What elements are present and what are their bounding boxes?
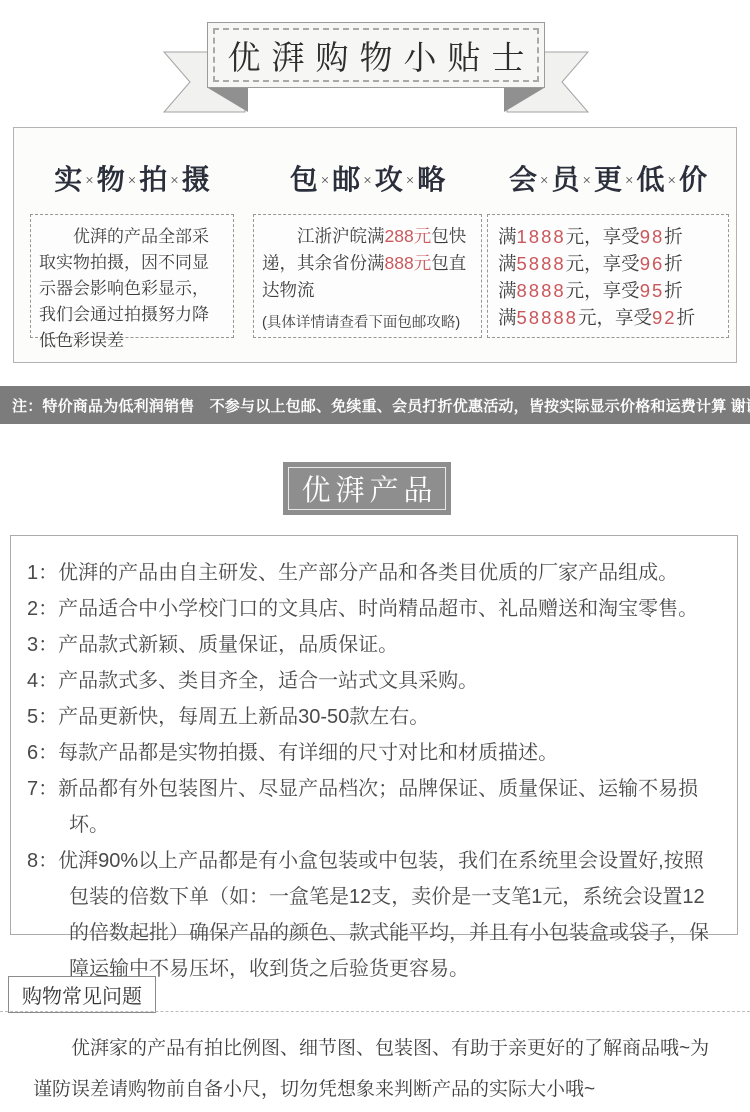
heading-char: 物 bbox=[97, 165, 125, 196]
faq-divider bbox=[0, 1011, 750, 1012]
tier-text: 元，享受 bbox=[566, 280, 640, 301]
shipping-note: (具体详情请查看下面包邮攻略) bbox=[262, 310, 473, 337]
tips-body-member-price: 满1888元，享受98折满5888元，享受96折满8888元，享受95折满588… bbox=[487, 214, 729, 338]
tips-column-real-photos: 实×物×拍×摄 优湃的产品全部采取实物拍摄，因不同显示器会影响色彩显示，我们会通… bbox=[30, 158, 234, 338]
heading-separator: × bbox=[622, 173, 636, 189]
shipping-run: 江浙沪皖满 bbox=[297, 226, 385, 246]
heading-char: 邮 bbox=[332, 165, 360, 196]
heading-separator: × bbox=[125, 173, 139, 189]
products-title: 优湃产品 bbox=[296, 468, 437, 509]
tips-column-member-price: 会×员×更×低×价 满1888元，享受98折满5888元，享受96折满8888元… bbox=[487, 158, 729, 338]
tier-text: 满 bbox=[498, 280, 517, 301]
heading-char: 摄 bbox=[182, 165, 210, 196]
heading-separator: × bbox=[664, 173, 678, 189]
tips-heading-member-price: 会×员×更×低×价 bbox=[487, 158, 729, 198]
tier-discount: 92 bbox=[652, 307, 677, 328]
heading-separator: × bbox=[537, 173, 551, 189]
heading-char: 低 bbox=[636, 165, 664, 196]
shipping-amount: 288元 bbox=[385, 226, 432, 246]
heading-separator: × bbox=[318, 173, 332, 189]
tier-discount: 95 bbox=[640, 280, 665, 301]
tips-heading-real-photos: 实×物×拍×摄 bbox=[30, 158, 234, 198]
product-list-item: 7：新品都有外包装图片、尽显产品档次；品牌保证、质量保证、运输不易损坏。 bbox=[27, 771, 722, 843]
member-tier-row: 满8888元，享受95折 bbox=[498, 277, 718, 304]
heading-char: 拍 bbox=[139, 165, 167, 196]
tips-heading-shipping: 包×邮×攻×略 bbox=[253, 158, 482, 198]
tips-column-shipping: 包×邮×攻×略 江浙沪皖满288元包快递，其余省份满888元包直达物流 (具体详… bbox=[253, 158, 482, 338]
tier-amount: 8888 bbox=[517, 280, 566, 301]
tier-amount: 1888 bbox=[517, 226, 566, 247]
heading-separator: × bbox=[403, 173, 417, 189]
ribbon-banner: 优湃购物小贴士 bbox=[0, 0, 750, 130]
tier-text: 元，享受 bbox=[578, 307, 652, 328]
tier-discount: 98 bbox=[640, 226, 665, 247]
tier-text: 折 bbox=[664, 280, 683, 301]
tier-discount: 96 bbox=[640, 253, 665, 274]
ribbon-title: 优湃购物小贴士 bbox=[217, 32, 536, 79]
tier-text: 满 bbox=[498, 226, 517, 247]
ribbon-plate: 优湃购物小贴士 bbox=[207, 22, 545, 88]
tier-text: 满 bbox=[498, 307, 517, 328]
shipping-text: 江浙沪皖满288元包快递，其余省份满888元包直达物流 bbox=[262, 223, 473, 304]
tier-text: 元，享受 bbox=[566, 253, 640, 274]
product-list-item: 1：优湃的产品由自主研发、生产部分产品和各类目优质的厂家产品组成。 bbox=[27, 555, 722, 591]
heading-char: 略 bbox=[417, 165, 445, 196]
shopping-tips-box: 实×物×拍×摄 优湃的产品全部采取实物拍摄，因不同显示器会影响色彩显示，我们会通… bbox=[13, 127, 737, 363]
heading-char: 价 bbox=[679, 165, 707, 196]
faq-paragraph: 优湃家的产品有拍比例图、细节图、包装图、有助于亲更好的了解商品哦~为谨防误差请购… bbox=[0, 1028, 750, 1110]
heading-char: 实 bbox=[54, 165, 82, 196]
product-list-item: 5：产品更新快，每周五上新品30-50款左右。 bbox=[27, 699, 722, 735]
tier-text: 折 bbox=[664, 226, 683, 247]
product-list-item: 6：每款产品都是实物拍摄、有详细的尺寸对比和材质描述。 bbox=[27, 735, 722, 771]
promo-page: 优湃购物小贴士 实×物×拍×摄 优湃的产品全部采取实物拍摄，因不同显示器会影响色… bbox=[0, 0, 750, 1112]
heading-separator: × bbox=[360, 173, 374, 189]
heading-char: 包 bbox=[290, 165, 318, 196]
product-list-item: 3：产品款式新颖、质量保证，品质保证。 bbox=[27, 627, 722, 663]
tier-text: 元，享受 bbox=[566, 226, 640, 247]
products-description-box: 1：优湃的产品由自主研发、生产部分产品和各类目优质的厂家产品组成。2：产品适合中… bbox=[10, 535, 738, 935]
heading-char: 会 bbox=[509, 165, 537, 196]
heading-separator: × bbox=[580, 173, 594, 189]
notice-bar: 注：特价商品为低利润销售 不参与以上包邮、免续重、会员打折优惠活动，皆按实际显示… bbox=[0, 386, 750, 424]
tier-text: 满 bbox=[498, 253, 517, 274]
heading-char: 员 bbox=[552, 165, 580, 196]
member-tier-row: 满58888元，享受92折 bbox=[498, 304, 718, 331]
products-title-plate: 优湃产品 bbox=[283, 462, 451, 515]
tier-text: 折 bbox=[677, 307, 696, 328]
heading-separator: × bbox=[167, 173, 181, 189]
member-tier-row: 满5888元，享受96折 bbox=[498, 250, 718, 277]
tier-text: 折 bbox=[664, 253, 683, 274]
heading-char: 更 bbox=[594, 165, 622, 196]
shipping-amount: 888元 bbox=[385, 253, 432, 273]
tier-amount: 58888 bbox=[517, 307, 578, 328]
faq-title-box: 购物常见问题 bbox=[8, 976, 156, 1013]
product-list-item: 2：产品适合中小学校门口的文具店、时尚精品超市、礼品赠送和淘宝零售。 bbox=[27, 591, 722, 627]
tips-body-shipping: 江浙沪皖满288元包快递，其余省份满888元包直达物流 (具体详情请查看下面包邮… bbox=[253, 214, 482, 338]
product-list-item: 4：产品款式多、类目齐全，适合一站式文具采购。 bbox=[27, 663, 722, 699]
member-tier-row: 满1888元，享受98折 bbox=[498, 223, 718, 250]
heading-char: 攻 bbox=[375, 165, 403, 196]
tips-body-real-photos: 优湃的产品全部采取实物拍摄，因不同显示器会影响色彩显示，我们会通过拍摄努力降低色… bbox=[30, 214, 234, 338]
heading-separator: × bbox=[82, 173, 96, 189]
tier-amount: 5888 bbox=[517, 253, 566, 274]
product-list-item: 8：优湃90%以上产品都是有小盒包装或中包装，我们在系统里会设置好,按照包装的倍… bbox=[27, 843, 722, 987]
